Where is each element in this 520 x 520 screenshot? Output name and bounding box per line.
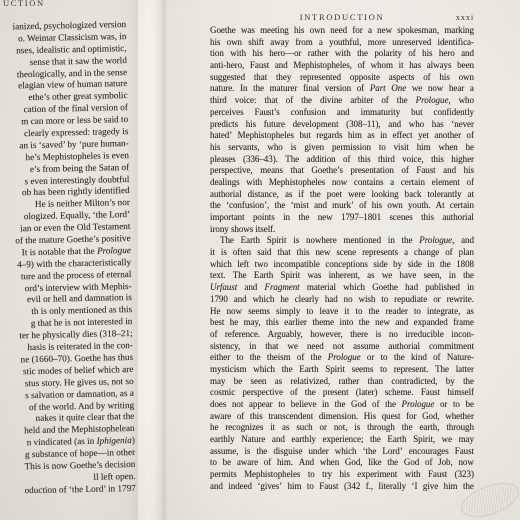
word: which: [253, 364, 275, 376]
word: the: [385, 399, 396, 411]
word: One: [391, 83, 406, 95]
word: and: [244, 282, 257, 294]
word: Prologue: [328, 352, 361, 364]
word: and: [388, 119, 401, 131]
word: shift: [248, 37, 264, 49]
word: ‘gives’: [257, 481, 282, 493]
word: which: [343, 282, 365, 294]
word: to: [278, 399, 285, 411]
word: Spirit: [280, 270, 300, 282]
word: certain: [450, 200, 474, 212]
word: now: [458, 457, 473, 469]
word: perceives: [210, 107, 244, 119]
word: relativized,: [291, 376, 331, 388]
text-line: ofreference.Arguably,however,thereisnoir…: [210, 329, 474, 341]
word: The: [435, 364, 449, 376]
word: disguise: [273, 446, 302, 458]
word: theism: [267, 352, 291, 364]
word: had: [405, 282, 418, 294]
word: was: [241, 25, 255, 37]
word: effect: [393, 130, 413, 142]
word: Faust: [421, 387, 440, 399]
word: is: [375, 329, 381, 341]
word: of: [467, 130, 474, 142]
word: future: [264, 119, 285, 131]
word: given: [304, 142, 324, 154]
word: predicts: [210, 119, 238, 131]
word: best: [210, 317, 224, 329]
word: of: [372, 399, 379, 411]
text-line: Henowseemssimplytoleaveittothereadertoin…: [210, 306, 474, 318]
word: who: [409, 119, 424, 131]
word: it: [344, 306, 349, 318]
word: marking: [444, 25, 474, 37]
word: his: [252, 48, 262, 60]
word: (later): [356, 387, 378, 399]
word: the: [402, 235, 413, 247]
word: either: [210, 352, 230, 364]
word: perspective,: [210, 165, 253, 177]
word: frame: [453, 317, 474, 329]
word: sistency,: [210, 341, 240, 353]
word: of: [433, 352, 440, 364]
word: the: [301, 95, 312, 107]
word: we: [288, 341, 298, 353]
left-page-text-column: ianized, psychologized versiono. Weimar …: [0, 19, 136, 501]
word: Spirit: [267, 235, 287, 247]
word: incompatible: [273, 259, 319, 271]
word: to: [380, 364, 387, 376]
word: like: [368, 457, 381, 469]
word: Earth: [254, 270, 273, 282]
word: that: [290, 165, 303, 177]
word: In: [240, 83, 247, 95]
word: Faust’s: [255, 107, 280, 119]
word: important: [210, 212, 245, 224]
word: give: [423, 481, 438, 493]
word: Job,: [438, 457, 453, 469]
word: and: [210, 481, 223, 493]
word: his: [246, 119, 256, 131]
word: earthly: [210, 434, 235, 446]
word: earlier: [284, 317, 307, 329]
word: more: [368, 37, 386, 49]
word: Nature: [241, 434, 265, 446]
word: the: [210, 200, 221, 212]
word: was: [307, 270, 321, 282]
word: unreserved: [392, 37, 431, 49]
word: dealings: [210, 177, 240, 189]
word: of: [264, 457, 271, 469]
word: when: [438, 142, 457, 154]
word: the: [440, 259, 451, 271]
text-line: eithertothetheismofthePrologueortothekin…: [210, 352, 474, 364]
word: he: [210, 422, 218, 434]
word: he: [230, 317, 238, 329]
word: and: [337, 107, 350, 119]
word: of: [343, 154, 350, 166]
word: hero—or: [269, 48, 301, 60]
word: left: [237, 259, 249, 271]
word: no: [389, 329, 398, 341]
word: 1790: [210, 294, 228, 306]
word: for: [406, 411, 416, 423]
word: if: [298, 189, 303, 201]
word: two: [255, 259, 268, 271]
word: than: [368, 376, 383, 388]
text-line: anti-hero,FaustandMephistopheles,ofwhomi…: [210, 60, 474, 72]
word: Lord’: [382, 446, 402, 458]
word: this: [431, 154, 444, 166]
word: is: [244, 446, 250, 458]
word: experience;: [323, 434, 364, 446]
word: his: [372, 200, 382, 212]
text-line: 1790andwhichheclearlyhadnowishtorepudiat…: [210, 294, 474, 306]
word: arbiter: [350, 95, 373, 107]
word: to: [356, 306, 363, 318]
word: a: [368, 25, 372, 37]
word: or: [433, 294, 440, 306]
word: try: [322, 469, 332, 481]
word: the: [463, 270, 474, 282]
word: it: [399, 60, 404, 72]
word: which: [335, 446, 357, 458]
word: now: [227, 306, 242, 318]
word: this: [266, 317, 279, 329]
word: permits: [210, 469, 237, 481]
word: at: [468, 189, 474, 201]
word: of: [467, 177, 474, 189]
text-line: importantpointsinthenew1797–1801scenesth…: [210, 212, 474, 224]
word: a: [390, 177, 394, 189]
word: to: [414, 306, 421, 318]
word: God,: [422, 411, 440, 423]
word: text.: [210, 270, 226, 282]
word: and: [275, 60, 288, 72]
word: meeting: [260, 25, 289, 37]
word: that: [265, 341, 278, 353]
word: he: [280, 294, 288, 306]
text-line: predictshisfuturedevelopment(308–11),and…: [210, 119, 474, 131]
word: to: [453, 399, 460, 411]
word: mysticism: [210, 364, 247, 376]
word: himself: [447, 387, 474, 399]
word: opposite: [350, 72, 380, 84]
left-running-header-fragment: UCTION: [3, 0, 45, 8]
word: Faust: [428, 469, 447, 481]
word: the: [250, 352, 261, 364]
word: The: [285, 154, 299, 166]
word: of: [290, 387, 297, 399]
word: seems: [248, 306, 270, 318]
word: may: [210, 376, 225, 388]
text-line: Goethewasmeetinghisownneedforanewspokesm…: [210, 25, 474, 37]
text-line: besthemay,thisearlierthemeintothenewande…: [210, 317, 474, 329]
word: in: [388, 235, 395, 247]
word: final: [303, 83, 319, 95]
word: means: [260, 165, 283, 177]
word: theme: [312, 317, 334, 329]
word: this: [297, 247, 310, 259]
word: need: [307, 341, 324, 353]
word: the: [369, 306, 380, 318]
word: scenes: [389, 212, 412, 224]
text-line: awareofthistranscendentdimension.Hisques…: [210, 411, 474, 423]
word: his: [294, 25, 304, 37]
text-line: authorialdistance,asifthepoetwerelooking…: [210, 189, 474, 201]
word: in: [380, 130, 387, 142]
word: but: [411, 107, 422, 119]
word: with: [230, 48, 246, 60]
word: aware: [237, 457, 258, 469]
word: side: [408, 259, 422, 271]
word: the: [394, 352, 405, 364]
word: we: [412, 83, 422, 95]
word: voice,: [402, 154, 423, 166]
word: seen: [251, 376, 267, 388]
word: indeed: [228, 481, 252, 493]
word: as: [367, 130, 374, 142]
word: literally: [379, 481, 407, 493]
left-page: UCTION ianized, psychologized versiono. …: [0, 0, 140, 520]
word: of: [358, 60, 365, 72]
word: be: [223, 457, 231, 469]
text-line: whichlefttwoincompatibleconceptionssideb…: [210, 259, 474, 271]
word: perspective: [242, 387, 282, 399]
word: to: [381, 352, 388, 364]
word: ‘never: [451, 119, 474, 131]
word: his: [439, 72, 449, 84]
word: tion: [210, 48, 224, 60]
word: his: [210, 37, 220, 49]
word: ‘confusion’,: [226, 200, 269, 212]
word: Goethe: [210, 25, 236, 37]
word: that: [277, 247, 290, 259]
word: him: [417, 142, 431, 154]
book-photo: UCTION ianized, psychologized versiono. …: [0, 0, 520, 520]
word: repudiate: [394, 294, 427, 306]
word: a: [470, 83, 474, 95]
word: Faust: [319, 481, 338, 493]
word: contradicted,: [391, 376, 437, 388]
word: new: [375, 317, 390, 329]
word: as: [275, 376, 282, 388]
word: commitment: [429, 341, 474, 353]
word: always: [427, 60, 452, 72]
word: which: [210, 259, 232, 271]
word: a: [404, 247, 408, 259]
word: Faust: [416, 165, 435, 177]
word: him: [348, 130, 362, 142]
word: by: [446, 376, 455, 388]
word: (323): [455, 469, 474, 481]
word: (308–11),: [346, 119, 380, 131]
word: encourages: [409, 446, 449, 458]
word: 1797–1801: [341, 212, 381, 224]
right-page-text-column: Goethewasmeetinghisownneedforanewspokesm…: [210, 25, 474, 493]
word: his: [422, 48, 432, 60]
word: seen,: [424, 270, 442, 282]
word: God,: [345, 457, 363, 469]
word: Fragment: [265, 282, 300, 294]
word: of: [286, 95, 293, 107]
word: of: [445, 247, 452, 259]
word: who: [459, 95, 474, 107]
word: we: [382, 270, 392, 282]
word: under: [308, 446, 328, 458]
word: and: [461, 235, 474, 247]
word: assume: [353, 341, 379, 353]
word: kind: [411, 352, 427, 364]
word: assume,: [210, 446, 238, 458]
word: of: [237, 411, 244, 423]
word: ‘mist: [291, 200, 309, 212]
text-line: tionwithhishero—orratherwiththepolarityo…: [210, 48, 474, 60]
word: Mephistopheles: [244, 469, 300, 481]
word: who: [267, 142, 282, 154]
word: him: [444, 481, 458, 493]
word: he: [466, 142, 474, 154]
word: f.,: [366, 481, 373, 493]
word: scheme.: [385, 387, 414, 399]
word: At: [436, 200, 445, 212]
word: such: [296, 422, 312, 434]
word: quest: [382, 411, 401, 423]
word: represented: [300, 72, 341, 84]
word: transcendent: [268, 411, 313, 423]
word: to: [210, 457, 217, 469]
word: as: [285, 189, 292, 201]
word: points: [253, 212, 275, 224]
word: Spirit,: [413, 434, 435, 446]
word: appear: [249, 399, 273, 411]
text-line: suggestedthattheyrepresentedoppositeaspe…: [210, 72, 474, 84]
word: side: [373, 259, 387, 271]
word: recognizes: [225, 422, 263, 434]
text-line: permitsMephistophelestotryhisexperimentw…: [210, 469, 474, 481]
word: plan: [459, 247, 474, 259]
word: God: [351, 399, 366, 411]
word: away: [270, 37, 289, 49]
word: his: [210, 142, 220, 154]
text-line: cosmicperspectiveofthepresent(later)sche…: [210, 387, 474, 399]
word: leave: [320, 306, 339, 318]
word: aspects: [389, 72, 415, 84]
word: has: [409, 60, 421, 72]
word: not: [232, 399, 243, 411]
word: of: [408, 48, 415, 60]
word: into: [340, 317, 354, 329]
word: the: [387, 457, 398, 469]
word: a: [319, 37, 323, 49]
word: now: [428, 83, 443, 95]
word: may: [459, 434, 474, 446]
word: He: [210, 306, 220, 318]
text-line: mysticismwhichtheEarthSpiritseemstorepre…: [210, 364, 474, 376]
word: the: [463, 376, 474, 388]
word: is: [291, 142, 297, 154]
word: Earth: [241, 235, 260, 247]
word: own: [459, 72, 474, 84]
word: or: [320, 422, 327, 434]
word: permission: [332, 142, 371, 154]
word: in: [449, 270, 456, 282]
word: identifica-: [438, 37, 474, 49]
word: in: [467, 282, 474, 294]
word: be: [234, 376, 242, 388]
word: And: [299, 457, 314, 469]
word: voice:: [235, 95, 257, 107]
word: may,: [244, 317, 261, 329]
word: distance,: [248, 189, 279, 201]
text-line: assume,isthedisguiseunderwhich‘theLord’e…: [210, 446, 474, 458]
word: polarity: [374, 48, 402, 60]
text-line: sistency,inthatweneednotassumeauthorialc…: [210, 341, 474, 353]
word: seems: [352, 364, 374, 376]
word: conceptions: [325, 259, 367, 271]
word: certain: [401, 177, 425, 189]
word: is: [221, 247, 227, 259]
word: Earth: [299, 364, 318, 376]
text-line: hisservants,whoisgivenpermissiontovisith…: [210, 142, 474, 154]
word: when: [320, 457, 339, 469]
word: the: [311, 352, 322, 364]
word: to: [306, 306, 313, 318]
word: new: [377, 25, 392, 37]
word: need: [330, 25, 347, 37]
word: rewrite.: [447, 294, 474, 306]
word: of: [401, 165, 408, 177]
text-line: irony shows itself.: [210, 224, 474, 236]
word: authorial: [442, 212, 474, 224]
word: third: [210, 95, 227, 107]
word: own: [227, 37, 242, 49]
word: in: [427, 259, 434, 271]
word: with: [335, 48, 351, 60]
word: this: [250, 411, 263, 423]
word: latter: [456, 364, 474, 376]
word: had: [325, 294, 338, 306]
word: however,: [310, 329, 342, 341]
word: there: [350, 329, 368, 341]
word: God: [404, 457, 419, 469]
word: the: [463, 481, 474, 493]
word: said: [257, 247, 271, 259]
word: Mephistopheles: [238, 130, 294, 142]
word: and: [461, 48, 474, 60]
word: (336–43).: [243, 154, 278, 166]
word: with: [246, 177, 262, 189]
word: simply: [276, 306, 300, 318]
word: irreducible: [405, 329, 443, 341]
word: his: [464, 165, 474, 177]
word: tolerantly: [427, 189, 461, 201]
word: of: [381, 95, 388, 107]
word: Arguably,: [268, 329, 303, 341]
text-line: UrfaustandFragmentmaterialwhichGoethehad…: [210, 282, 474, 294]
word: the: [402, 422, 413, 434]
word: new: [315, 247, 330, 259]
word: and: [234, 294, 247, 306]
word: regards: [316, 130, 342, 142]
word: him.: [277, 457, 293, 469]
word: Faust: [250, 60, 269, 72]
word: earth,: [419, 422, 439, 434]
word: in: [283, 212, 290, 224]
word: own: [310, 25, 325, 37]
word: Urfaust: [210, 282, 237, 294]
word: represent.: [394, 364, 429, 376]
